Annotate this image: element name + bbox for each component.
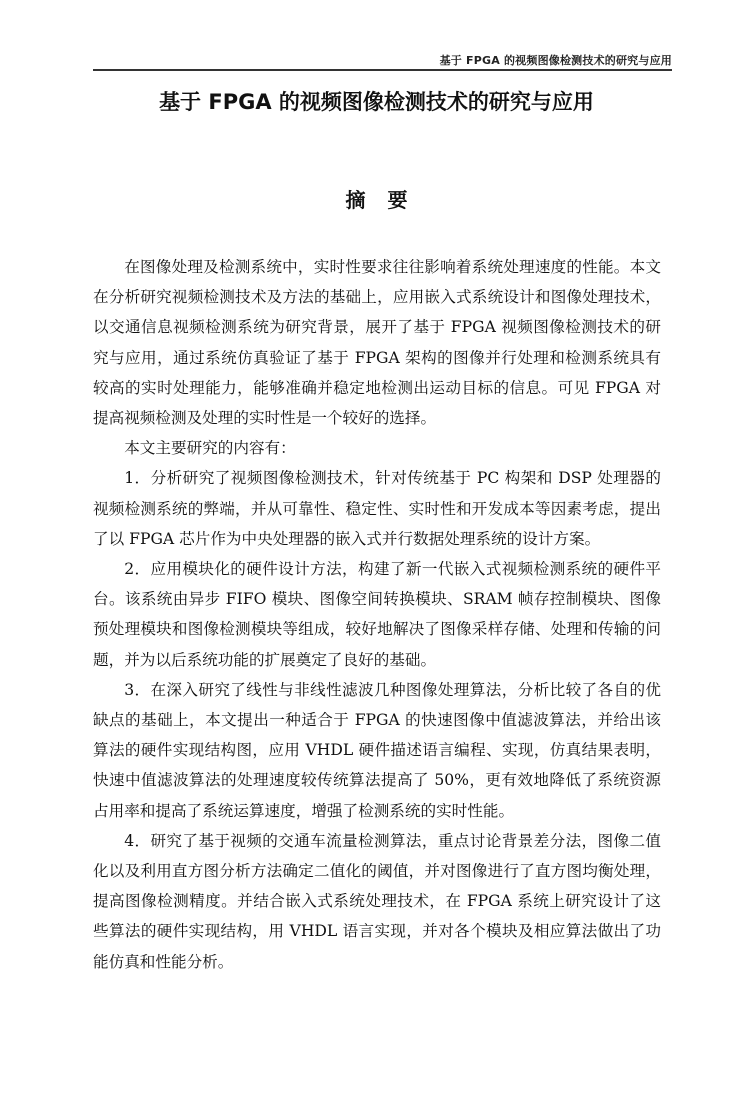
paragraph-item-4: 4．研究了基于视频的交通车流量检测算法，重点讨论背景差分法，图像二值化以及利用直… [93,826,661,977]
paragraph-item-2: 2．应用模块化的硬件设计方法，构建了新一代嵌入式视频检测系统的硬件平台。该系统由… [93,554,661,675]
abstract-heading: 摘要 [0,184,753,213]
running-header: 基于 FPGA 的视频图像检测技术的研究与应用 [93,52,672,68]
header-rule [93,69,672,71]
paragraph-contents-lead: 本文主要研究的内容有： [93,433,661,463]
paragraph-item-1: 1．分析研究了视频图像检测技术，针对传统基于 PC 构架和 DSP 处理器的视频… [93,463,661,554]
paragraph-item-3: 3．在深入研究了线性与非线性滤波几种图像处理算法，分析比较了各自的优缺点的基础上… [93,675,661,826]
abstract-body: 在图像处理及检测系统中，实时性要求往往影响着系统处理速度的性能。本文在分析研究视… [93,252,661,977]
paragraph-intro: 在图像处理及检测系统中，实时性要求往往影响着系统处理速度的性能。本文在分析研究视… [93,252,661,433]
paper-title: 基于 FPGA 的视频图像检测技术的研究与应用 [0,86,753,116]
